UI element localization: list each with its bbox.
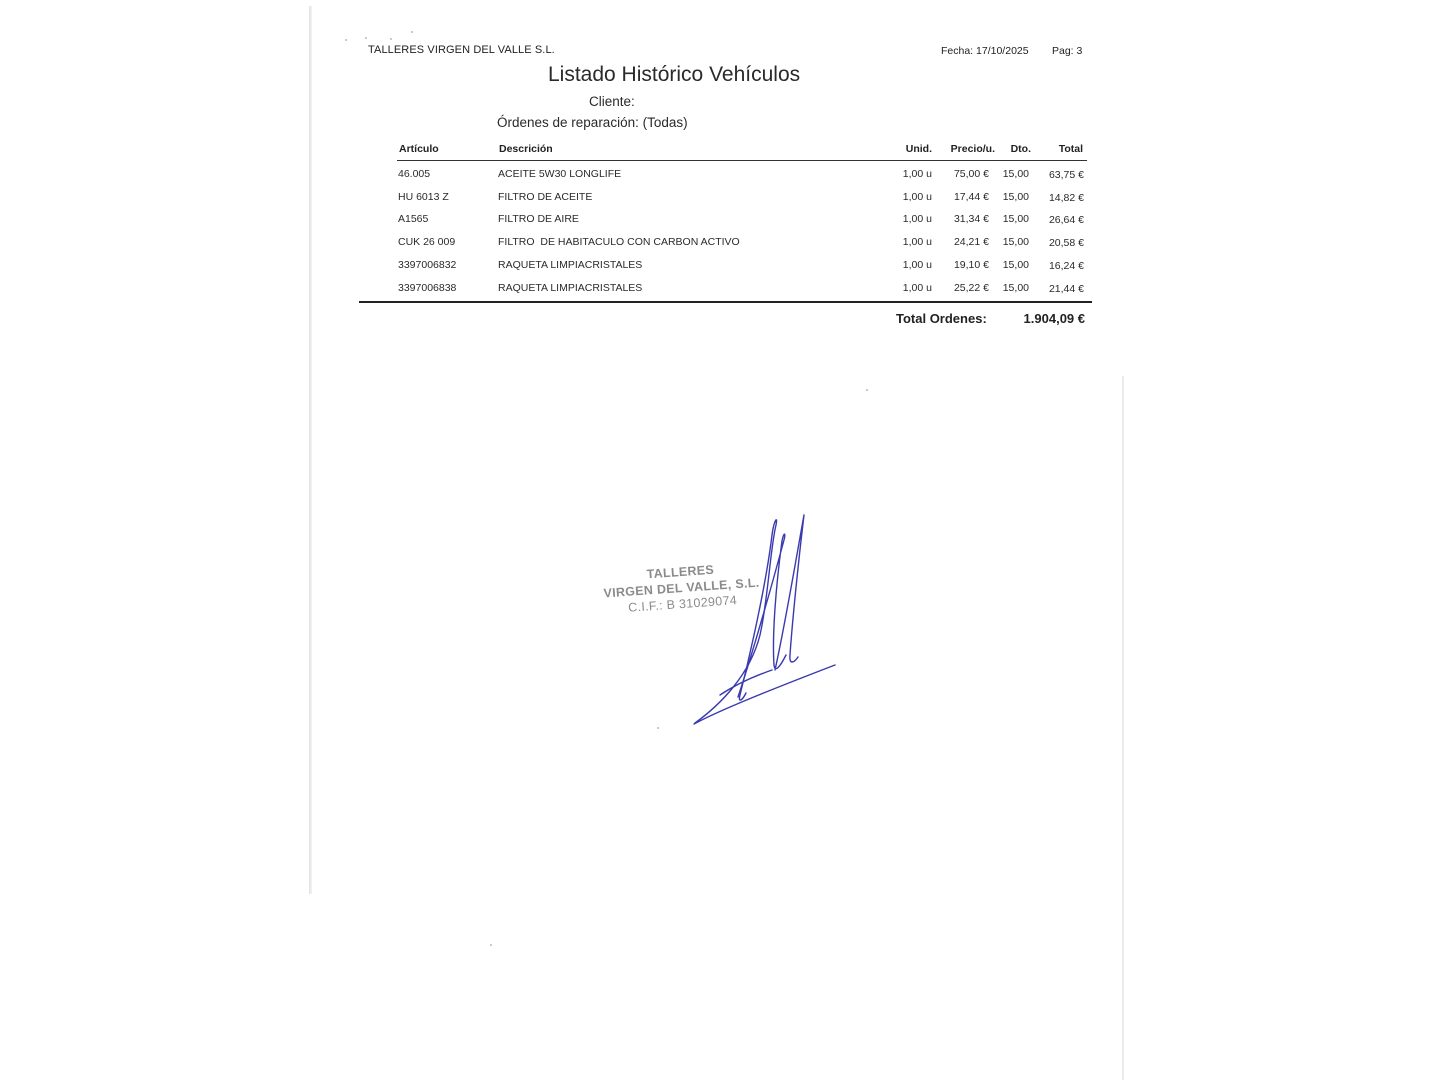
total-label: Total Ordenes:: [896, 311, 987, 326]
client-label: Cliente:: [589, 94, 635, 109]
cell-total: 21,44 €: [1030, 283, 1084, 295]
cell-dto: 15,00: [995, 168, 1029, 180]
scan-speck: [657, 727, 659, 729]
table-row: 3397006832RAQUETA LIMPIACRISTALES1,00 u1…: [0, 259, 1440, 281]
company-name: TALLERES VIRGEN DEL VALLE S.L.: [368, 44, 555, 56]
repair-orders-label: Órdenes de reparación:: [497, 115, 639, 130]
column-header-unid: Unid.: [882, 143, 932, 155]
table-row: CUK 26 009FILTRO DE HABITACULO CON CARBO…: [0, 236, 1440, 258]
repair-orders-filter: Órdenes de reparación: (Todas): [497, 115, 688, 130]
cell-articulo: 46.005: [398, 168, 430, 180]
page-label: Pag:: [1052, 45, 1074, 57]
cell-dto: 15,00: [995, 259, 1029, 271]
cell-descripcion: FILTRO DE HABITACULO CON CARBON ACTIVO: [498, 236, 740, 248]
cell-descripcion: FILTRO DE ACEITE: [498, 191, 592, 203]
cell-dto: 15,00: [995, 213, 1029, 225]
scan-speck: [390, 38, 392, 40]
scan-edge-right: [1122, 376, 1124, 1080]
scan-speck: [490, 944, 492, 946]
cell-precio: 31,34 €: [935, 213, 989, 225]
column-header-descripcion: Descrición: [499, 143, 553, 155]
cell-descripcion: FILTRO DE AIRE: [498, 213, 579, 225]
cell-unid: 1,00 u: [880, 191, 932, 203]
table-row: A1565FILTRO DE AIRE1,00 u31,34 €15,0026,…: [0, 213, 1440, 235]
date-field: Fecha: 17/10/2025: [941, 45, 1029, 57]
column-header-precio: Precio/u.: [935, 143, 995, 155]
cell-descripcion: RAQUETA LIMPIACRISTALES: [498, 282, 642, 294]
cell-precio: 24,21 €: [935, 236, 989, 248]
cell-dto: 15,00: [995, 236, 1029, 248]
cell-precio: 17,44 €: [935, 191, 989, 203]
date-label: Fecha:: [941, 45, 973, 57]
scan-speck: [365, 37, 367, 39]
cell-precio: 75,00 €: [935, 168, 989, 180]
cell-unid: 1,00 u: [880, 236, 932, 248]
header-divider: [397, 160, 1087, 161]
column-header-dto: Dto.: [1000, 143, 1031, 155]
cell-unid: 1,00 u: [880, 259, 932, 271]
cell-total: 14,82 €: [1030, 192, 1084, 204]
footer-divider: [359, 301, 1092, 303]
cell-total: 63,75 €: [1030, 169, 1084, 181]
cell-unid: 1,00 u: [880, 213, 932, 225]
table-row: 46.005ACEITE 5W30 LONGLIFE1,00 u75,00 €1…: [0, 168, 1440, 190]
cell-descripcion: RAQUETA LIMPIACRISTALES: [498, 259, 642, 271]
total-value: 1.904,09 €: [985, 311, 1085, 326]
cell-dto: 15,00: [995, 191, 1029, 203]
page-value: 3: [1077, 45, 1083, 57]
cell-precio: 25,22 €: [935, 282, 989, 294]
scan-speck: [411, 31, 413, 33]
scan-speck: [866, 389, 868, 391]
repair-orders-value: (Todas): [643, 115, 688, 130]
scan-speck: [345, 39, 347, 41]
column-header-total: Total: [1033, 143, 1083, 155]
cell-dto: 15,00: [995, 282, 1029, 294]
table-row: HU 6013 ZFILTRO DE ACEITE1,00 u17,44 €15…: [0, 191, 1440, 213]
cell-articulo: 3397006832: [398, 259, 456, 271]
cell-precio: 19,10 €: [935, 259, 989, 271]
scan-edge-left: [309, 6, 312, 894]
signature: [680, 505, 850, 735]
cell-descripcion: ACEITE 5W30 LONGLIFE: [498, 168, 621, 180]
cell-total: 20,58 €: [1030, 237, 1084, 249]
cell-articulo: CUK 26 009: [398, 236, 455, 248]
client-field: Cliente:: [589, 94, 635, 109]
cell-articulo: A1565: [398, 213, 428, 225]
cell-total: 26,64 €: [1030, 214, 1084, 226]
page-title: Listado Histórico Vehículos: [548, 63, 800, 87]
cell-total: 16,24 €: [1030, 260, 1084, 272]
cell-articulo: 3397006838: [398, 282, 456, 294]
cell-unid: 1,00 u: [880, 168, 932, 180]
page-number: Pag: 3: [1052, 45, 1082, 57]
column-header-articulo: Artículo: [399, 143, 439, 155]
date-value: 17/10/2025: [976, 45, 1029, 57]
cell-unid: 1,00 u: [880, 282, 932, 294]
cell-articulo: HU 6013 Z: [398, 191, 449, 203]
